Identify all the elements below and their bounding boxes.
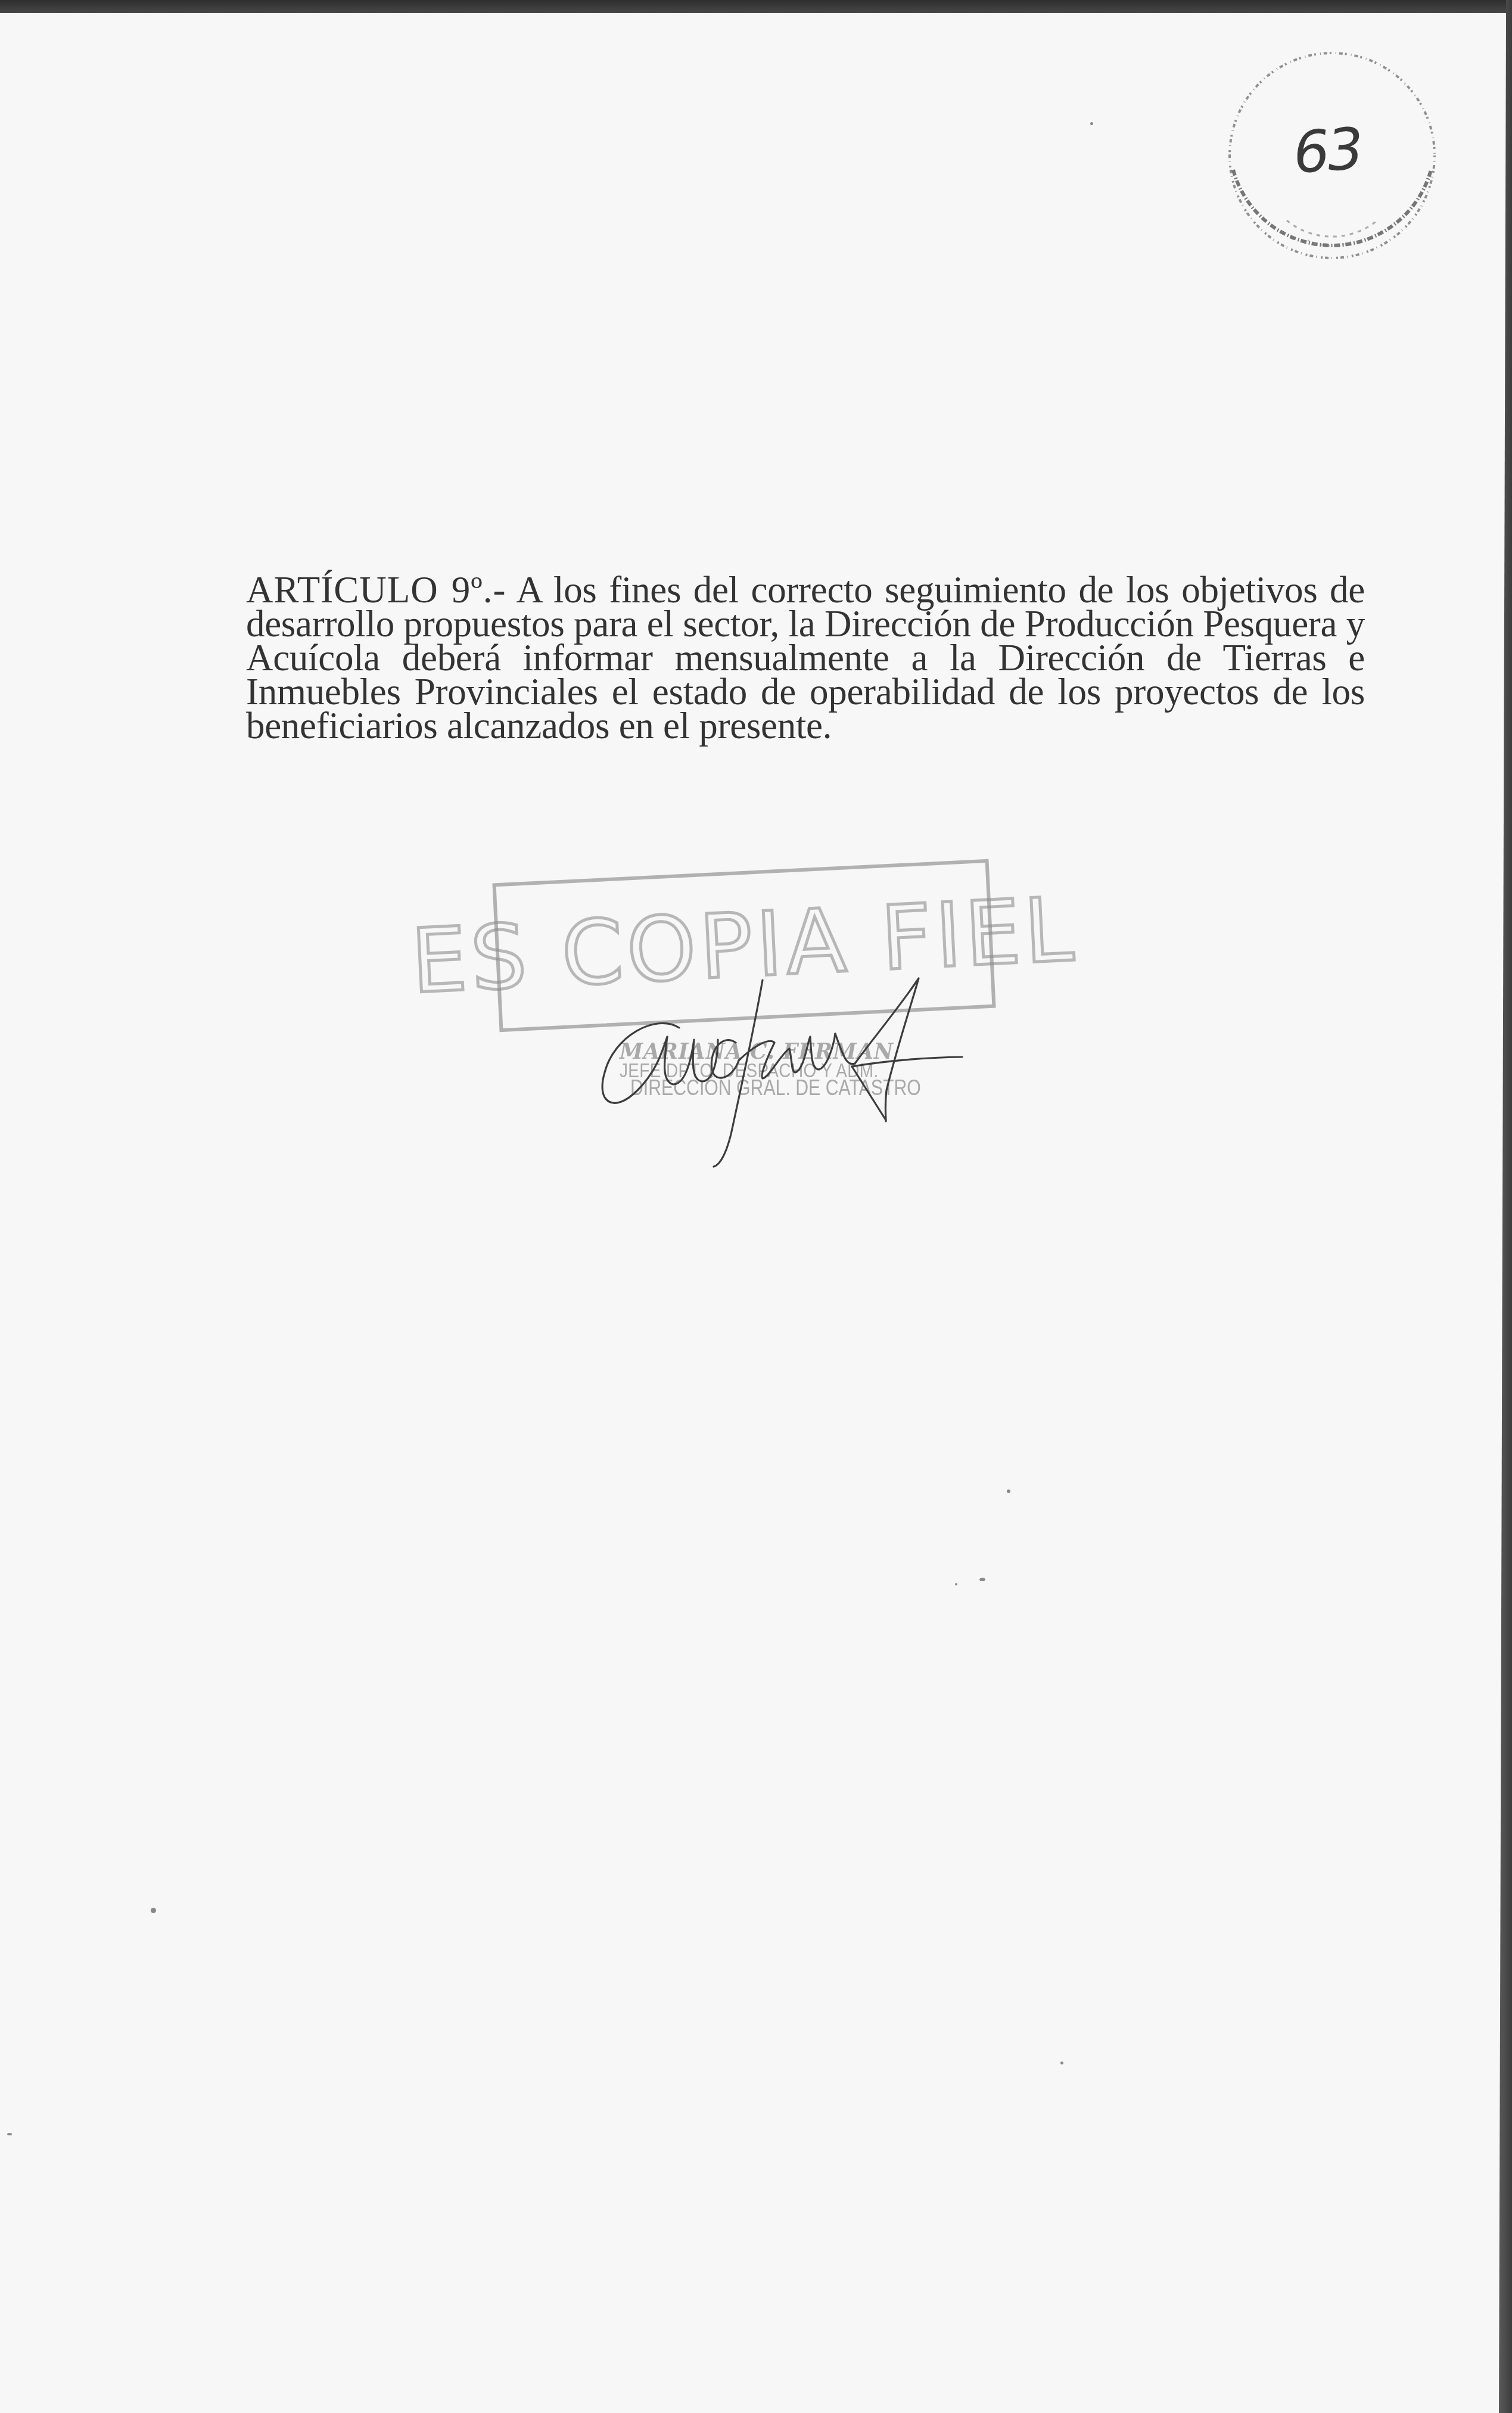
handwritten-signature: [590, 971, 971, 1174]
scan-speck: [1090, 122, 1093, 125]
scan-speck: [7, 2133, 12, 2135]
scan-speck: [151, 1908, 156, 1913]
scan-border-right: [1499, 0, 1512, 2413]
scan-speck: [1007, 1490, 1010, 1493]
document-page: [0, 13, 1499, 2413]
scan-speck: [979, 1578, 985, 1581]
folio-number: 63: [1290, 120, 1365, 182]
article-9: ARTÍCULO 9º.- A los fines del correcto s…: [246, 573, 1365, 743]
scan-border-top: [0, 0, 1512, 13]
scan-speck: [955, 1583, 957, 1585]
scan-speck: [1060, 2061, 1063, 2064]
